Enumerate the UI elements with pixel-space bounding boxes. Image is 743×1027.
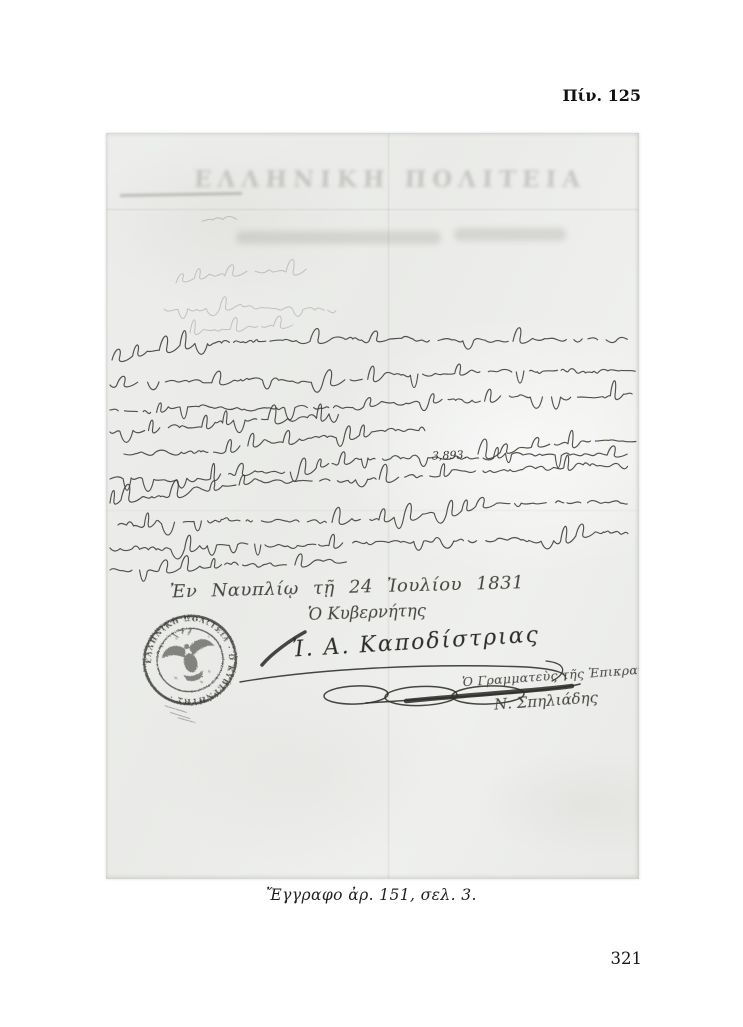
- handwriting-line: [112, 328, 627, 362]
- handwriting-line: [110, 404, 338, 442]
- handwritten-body: 3,893.: [110, 328, 636, 582]
- governor-seal: ΕΛΛΗΝΙΚΗ ΠΟΛΙΤΕΙΑ · Ο ΚΥΒΕΡΝΗΤΗΣ ·: [134, 604, 249, 731]
- document-scan: ΕΛΛΗΝΙΚΗ ΠΟΛΙΤΕΙΑ: [106, 133, 639, 879]
- handwriting-line: [478, 430, 636, 458]
- page-number: 321: [611, 949, 643, 968]
- book-page: Πίν. 125 ΕΛΛΗΝΙΚΗ ΠΟΛΙΤΕΙΑ: [0, 0, 743, 1027]
- handwriting-layer: 3,893. ΕΛΛΗΝΙΚΗ ΠΟΛΙΤΕΙΑ · Ο ΚΥΒΕΡΝΗΤΗΣ …: [106, 133, 639, 879]
- plate-label: Πίν. 125: [563, 86, 642, 105]
- bleedthrough-scribbles: [164, 217, 336, 335]
- handwriting-line: [110, 381, 632, 420]
- faint-scribble-line: [176, 260, 306, 283]
- handwriting-line: [124, 425, 425, 455]
- handwriting-line: [110, 524, 628, 559]
- reference-number: 3,893.: [432, 448, 467, 462]
- faint-scribble-line: [190, 316, 298, 334]
- faint-scribble-line: [202, 217, 237, 221]
- figure-caption: Ἔγγραφο ἀρ. 151, σελ. 3.: [0, 886, 743, 904]
- handwriting-line: [110, 446, 627, 491]
- faint-scribble-line: [164, 297, 336, 319]
- handwriting-line: [118, 497, 633, 535]
- handwriting-line: [110, 364, 635, 392]
